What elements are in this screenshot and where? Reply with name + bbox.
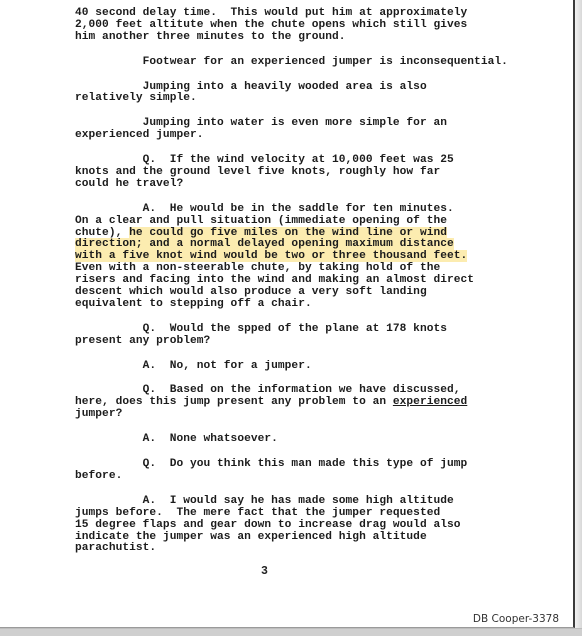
document-body: 40 second delay time. This would put him… <box>75 8 555 568</box>
text-line: A. None whatsoever. <box>75 434 555 446</box>
text-line: jumper? <box>75 409 555 421</box>
paragraph: Footwear for an experienced jumper is in… <box>75 57 555 69</box>
document-label: DB Cooper-3378 <box>473 613 559 625</box>
paragraph: A. No, not for a jumper. <box>75 361 555 373</box>
paragraph: Jumping into a heavily wooded area is al… <box>75 82 555 106</box>
window-right-frame <box>575 0 582 630</box>
highlighted-text: direction; and a normal delayed opening … <box>75 238 454 250</box>
text-line: could he travel? <box>75 179 555 191</box>
paragraph: 40 second delay time. This would put him… <box>75 8 555 44</box>
highlighted-text: with a five knot wind would be two or th… <box>75 250 467 262</box>
page-number: 3 <box>261 565 268 578</box>
highlighted-text: he could go five miles on the wind line … <box>129 227 447 239</box>
paragraph: Q. If the wind velocity at 10,000 feet w… <box>75 155 555 191</box>
text-line: parachutist. <box>75 543 555 555</box>
paragraph: Q. Would the spped of the plane at 178 k… <box>75 324 555 348</box>
paragraph: A. None whatsoever. <box>75 434 555 446</box>
paragraph: A. He would be in the saddle for ten min… <box>75 204 555 311</box>
text-line: A. No, not for a jumper. <box>75 361 555 373</box>
text-line: Q. Do you think this man made this type … <box>75 459 555 471</box>
text-line: present any problem? <box>75 336 555 348</box>
text-line: Q. Would the spped of the plane at 178 k… <box>75 324 555 336</box>
text-line: On a clear and pull situation (immediate… <box>75 216 555 228</box>
paragraph: Q. Do you think this man made this type … <box>75 459 555 483</box>
text-line: A. He would be in the saddle for ten min… <box>75 204 555 216</box>
text-line: jumps before. The mere fact that the jum… <box>75 508 555 520</box>
text-line: equivalent to stepping off a chair. <box>75 299 555 311</box>
text-line: A. I would say he has made some high alt… <box>75 496 555 508</box>
paragraph: A. I would say he has made some high alt… <box>75 496 555 555</box>
text-line: here, does this jump present any problem… <box>75 397 555 409</box>
text-line: before. <box>75 471 555 483</box>
paragraph: Q. Based on the information we have disc… <box>75 385 555 421</box>
underlined-word: experienced <box>393 396 467 408</box>
text-line: Footwear for an experienced jumper is in… <box>75 57 555 69</box>
window-bottom-frame <box>0 628 582 636</box>
text-line: 15 degree flaps and gear down to increas… <box>75 520 555 532</box>
text-line: 2,000 feet altitute when the chute opens… <box>75 20 555 32</box>
document-page: 40 second delay time. This would put him… <box>0 0 575 628</box>
paragraph: Jumping into water is even more simple f… <box>75 118 555 142</box>
text-line: experienced jumper. <box>75 130 555 142</box>
text-line: him another three minutes to the ground. <box>75 32 555 44</box>
text-line: relatively simple. <box>75 93 555 105</box>
